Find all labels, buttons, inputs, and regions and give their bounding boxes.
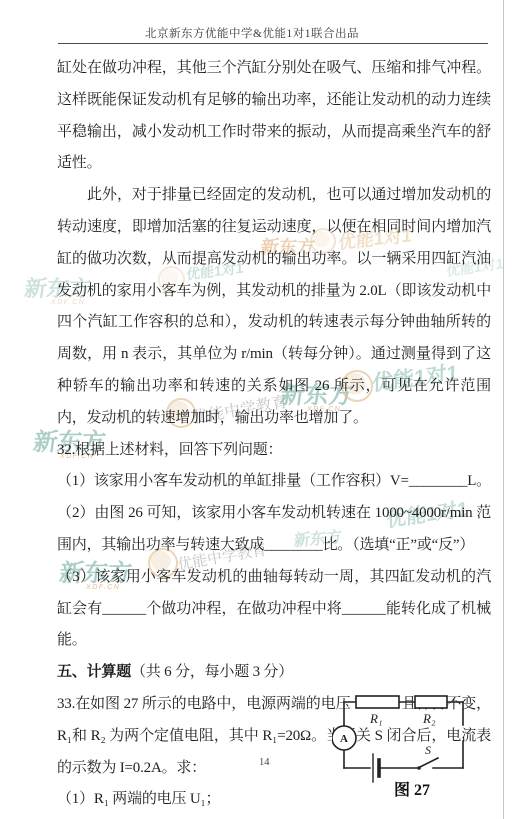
question-32-item-1: （1）该家用小客车发动机的单缸排量（工作容积）V=________L。: [57, 466, 491, 498]
switch-blade: [420, 758, 438, 767]
resistor-r1: [356, 696, 399, 708]
switch-label: S: [425, 743, 431, 757]
exam-page: 北京新东方优能中学&优能1对1联合出品 新东方 优能1对1 新东方XDF.CN …: [0, 0, 520, 819]
resistor-r2: [415, 696, 447, 708]
paragraph-engine-speed: 此外，对于排量已经固定的发动机，也可以通过增加发动机的转动速度，即增加活塞的往复…: [57, 180, 491, 434]
page-header-title: 北京新东方优能中学&优能1对1联合出品: [0, 25, 504, 41]
ammeter-label: A: [340, 733, 348, 745]
question-32-stem: 32.根据上述材料，回答下列问题：: [57, 435, 491, 467]
resistor-r1-label: R₁: [369, 711, 382, 726]
page-number: 14: [259, 757, 270, 768]
paragraph-working-stroke: 缸处在做功冲程，其他三个汽缸分别处在吸气、压缩和排气冲程。这样既能保证发动机有足…: [57, 53, 491, 180]
section-5-title: 五、计算题: [57, 664, 131, 680]
section-5-heading: 五、计算题（共 6 分，每小题 3 分）: [57, 657, 491, 689]
header-divider: [58, 43, 488, 44]
section-5-meta: （共 6 分，每小题 3 分）: [131, 664, 293, 680]
question-32-item-2: （2）由图 26 可知，该家用小客车发动机转速在 1000~4000r/min …: [57, 498, 491, 562]
figure-27-caption: 图 27: [332, 777, 492, 800]
question-32-item-3: （3）该家用小客车发动机的曲轴每转动一周，其四缸发动机的汽缸会有______个做…: [57, 562, 491, 657]
resistor-r2-label: R₂: [422, 711, 436, 726]
